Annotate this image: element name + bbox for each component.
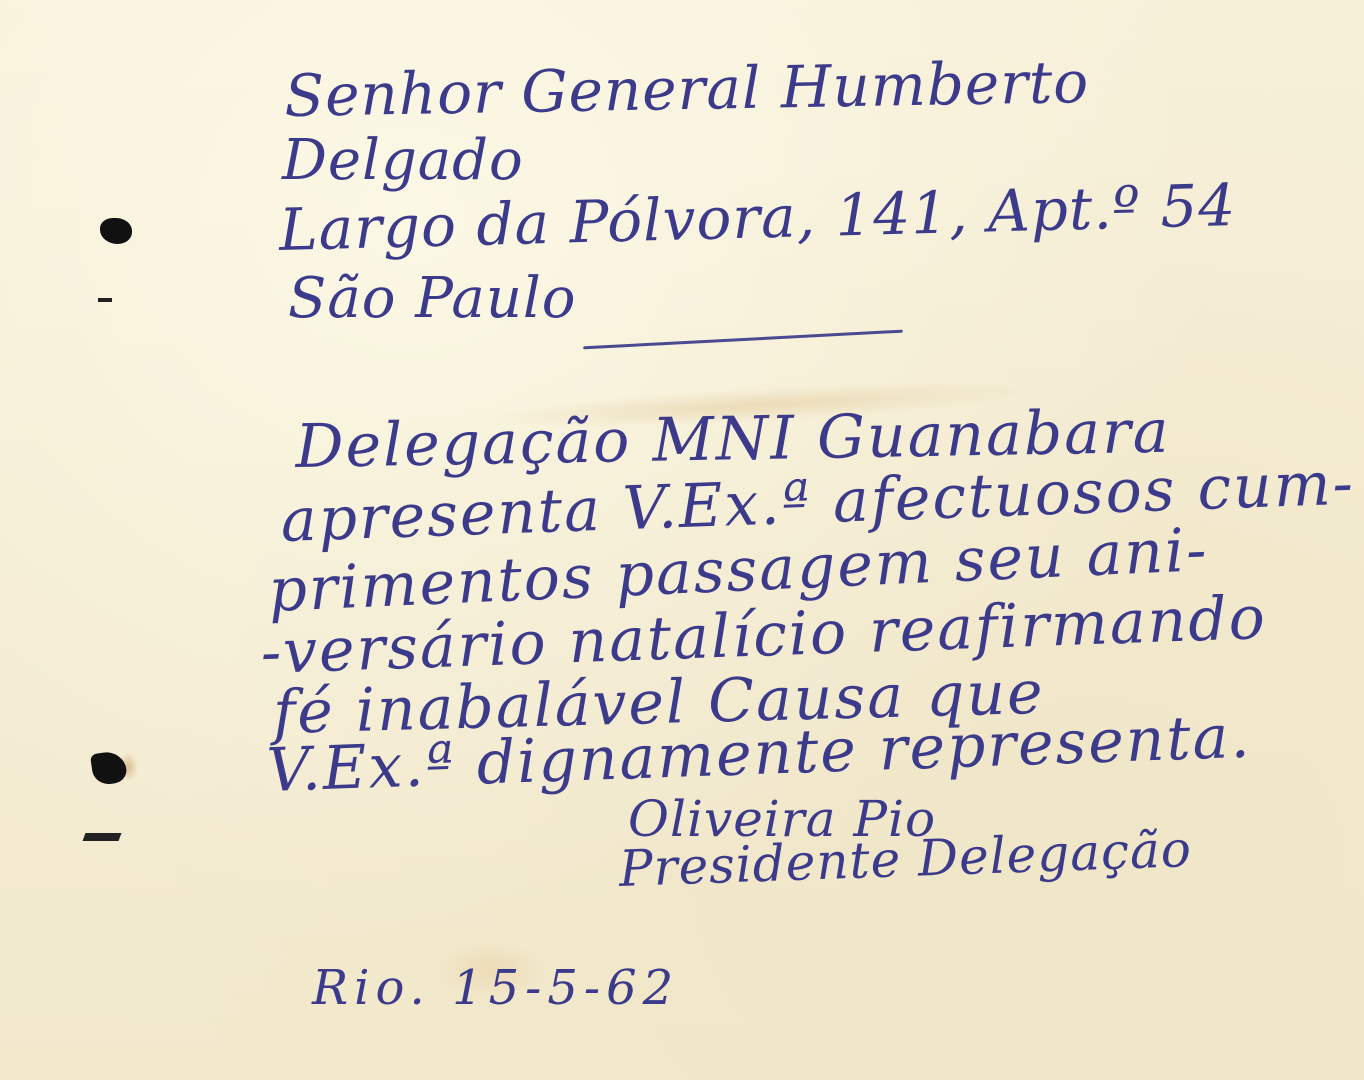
- address-recipient-surname: Delgado: [282, 128, 524, 193]
- punch-hole-top: [100, 218, 132, 244]
- address-recipient: Senhor General Humberto: [284, 48, 1090, 130]
- address-city: São Paulo: [288, 266, 577, 331]
- margin-mark-bottom: [83, 833, 122, 841]
- margin-mark-top: [98, 298, 112, 302]
- date-line: Rio. 15-5-62: [312, 960, 679, 1016]
